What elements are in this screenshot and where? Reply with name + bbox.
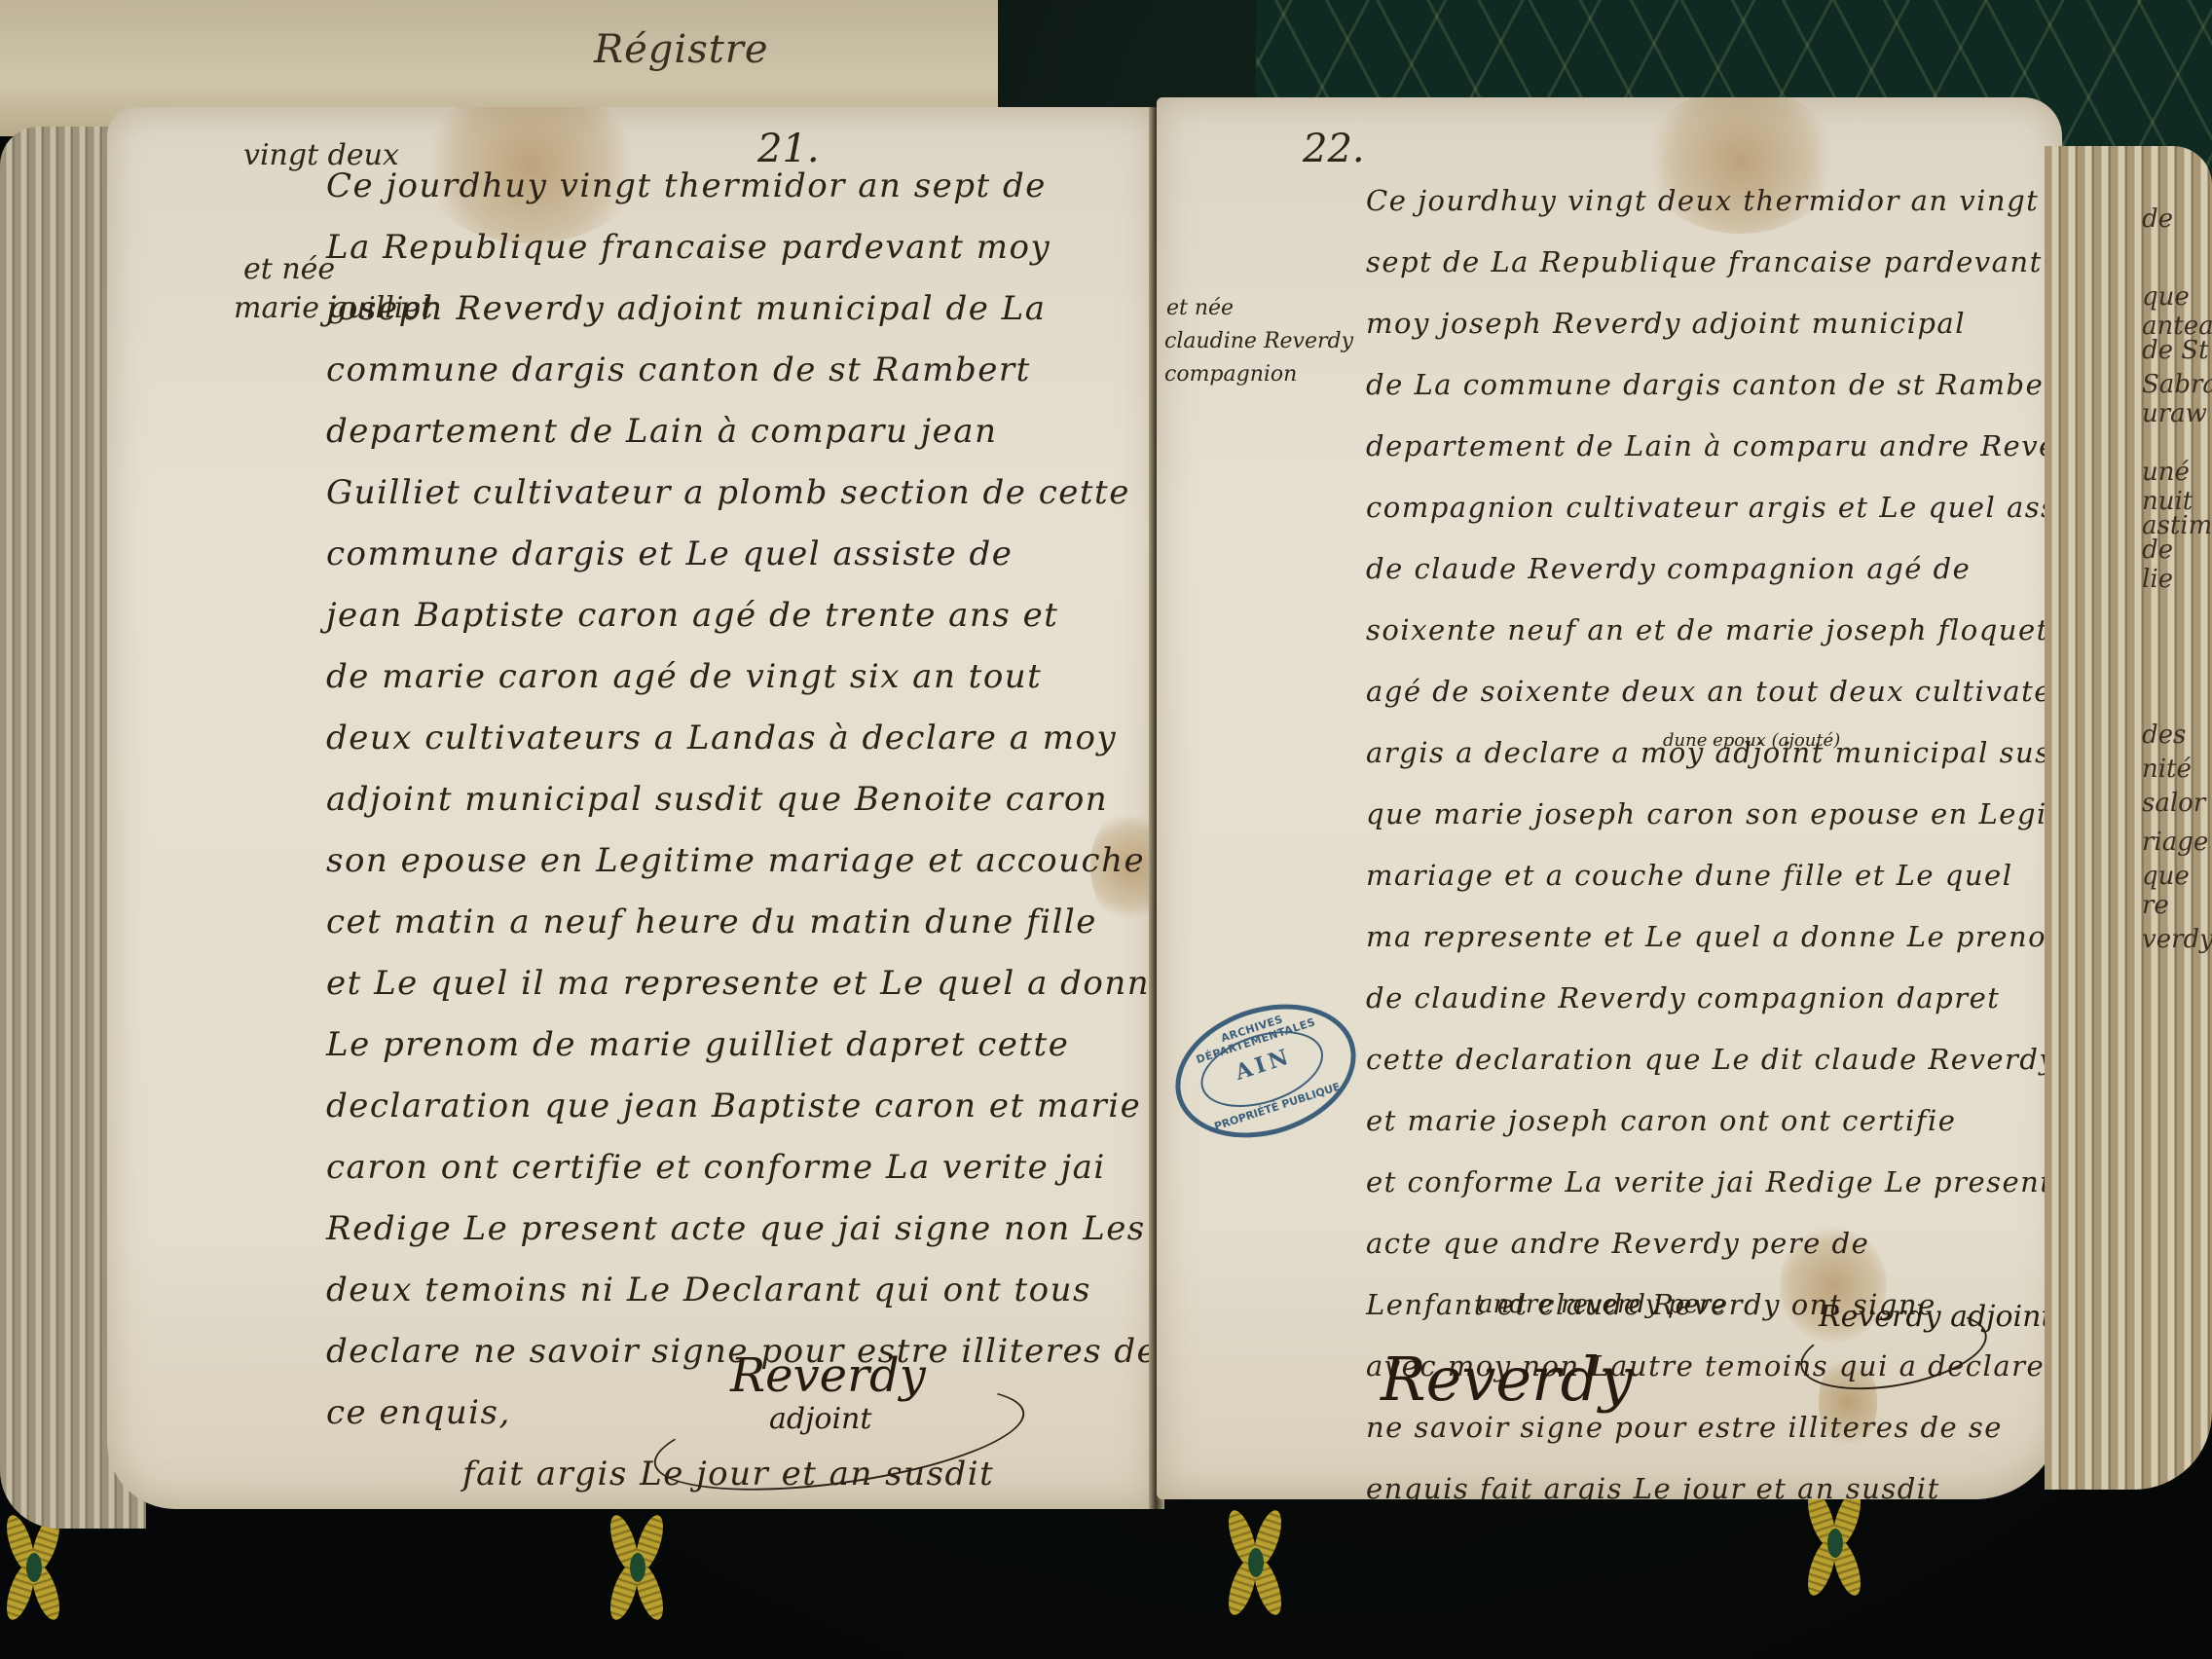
adjacent-page-fragment: des	[2142, 720, 2212, 750]
adjacent-page-fragment: Sabra	[2142, 370, 2212, 399]
flower-motif-icon	[1222, 1509, 1290, 1616]
record-line: Redige Le present acte que jai signe non…	[326, 1198, 1157, 1260]
record-line: soixente neuf an et de marie joseph floq…	[1366, 600, 2062, 661]
margin-note: compagnion	[1164, 358, 1297, 391]
signature-andre-reverdy: andre reverdy pere	[1478, 1290, 1726, 1319]
signature-reverdy-large: Reverdy	[1381, 1344, 1633, 1415]
adjacent-page-fragment: verdy	[2142, 925, 2212, 954]
right-page-edges: de que antea de St Sabra uraw uné nuit a…	[2045, 146, 2212, 1490]
record-line: Ce jourdhuy vingt thermidor an sept de	[326, 156, 1157, 217]
adjacent-page-fragment: de	[2142, 204, 2212, 234]
record-line: declaration que jean Baptiste caron et m…	[326, 1076, 1157, 1137]
record-line: Ce jourdhuy vingt deux thermidor an ving…	[1366, 170, 2062, 232]
adjacent-page-fragment: uraw	[2142, 399, 2212, 428]
flower-motif-icon	[0, 1514, 68, 1621]
record-line: joseph Reverdy adjoint municipal de La	[326, 278, 1157, 340]
margin-note: claudine Reverdy	[1164, 325, 1353, 358]
record-line: mariage et a couche dune fille et Le que…	[1366, 845, 2062, 906]
left-page: 21. vingt deux et née marie guilliet Ce …	[107, 107, 1157, 1509]
record-line: que marie joseph caron son epouse en Leg…	[1366, 784, 2062, 845]
adjacent-page-fragment: re	[2142, 891, 2212, 920]
registry-book: 21. vingt deux et née marie guilliet Ce …	[0, 97, 2212, 1519]
record-line: de claude Reverdy compagnion agé de	[1366, 538, 2062, 600]
record-line: departement de Lain à comparu jean	[326, 401, 1157, 462]
record-line: enquis fait argis Le jour et an susdit	[1366, 1458, 2062, 1499]
record-line: de claudine Reverdy compagnion dapret	[1366, 968, 2062, 1029]
record-line: Guilliet cultivateur a plomb section de …	[326, 462, 1157, 524]
adjacent-page-fragment: que	[2142, 862, 2212, 891]
interlinear-insertion: dune epoux (ajouté)	[1663, 730, 1840, 751]
record-line: Le prenom de marie guilliet dapret cette	[326, 1014, 1157, 1076]
loose-sheet-note: Régistre	[594, 27, 769, 72]
margin-note: et née	[243, 248, 335, 291]
record-line: deux cultivateurs a Landas à declare a m…	[326, 708, 1157, 769]
adjacent-page-fragment: lie	[2142, 565, 2212, 594]
record-line: adjoint municipal susdit que Benoite car…	[326, 769, 1157, 830]
record-line: et Le quel il ma represente et Le quel a…	[326, 953, 1157, 1014]
record-line: departement de Lain à comparu andre Reve…	[1366, 416, 2062, 477]
adjacent-page-fragment: de	[2142, 535, 2212, 565]
right-page: 22. et née claudine Reverdy compagnion C…	[1157, 97, 2062, 1499]
adjacent-page-fragment: salor	[2142, 789, 2212, 818]
record-line: de marie caron agé de vingt six an tout	[326, 646, 1157, 708]
adjacent-page-fragment: nité	[2142, 755, 2212, 784]
record-line: cet matin a neuf heure du matin dune fil…	[326, 892, 1157, 953]
adjacent-page-fragment: que	[2142, 282, 2212, 312]
record-line: compagnion cultivateur argis et Le quel …	[1366, 477, 2062, 538]
record-line: sept de La Republique francaise pardevan…	[1366, 232, 2062, 293]
record-line: et conforme La verite jai Redige Le pres…	[1366, 1152, 2062, 1213]
record-line: moy joseph Reverdy adjoint municipal	[1366, 293, 2062, 354]
record-line: La Republique francaise pardevant moy	[326, 217, 1157, 278]
page-number: 22.	[1303, 127, 1365, 171]
record-line: commune dargis canton de st Rambert	[326, 340, 1157, 401]
margin-note: et née	[1166, 292, 1234, 325]
record-line: ma represente et Le quel a donne Le pren…	[1366, 906, 2062, 968]
record-line: son epouse en Legitime mariage et accouc…	[326, 830, 1157, 892]
record-line: acte que andre Reverdy pere de	[1366, 1213, 2062, 1274]
record-line: de La commune dargis canton de st Ramber…	[1366, 354, 2062, 416]
record-line: caron ont certifie et conforme La verite…	[326, 1137, 1157, 1198]
record-line: commune dargis et Le quel assiste de	[326, 524, 1157, 585]
record-line: jean Baptiste caron agé de trente ans et	[326, 585, 1157, 646]
adjacent-page-fragment: riage	[2142, 828, 2212, 857]
adjacent-page-fragment: uné	[2142, 458, 2212, 487]
adjacent-page-fragment: de St	[2142, 336, 2212, 365]
record-line: deux temoins ni Le Declarant qui ont tou…	[326, 1260, 1157, 1321]
flower-motif-icon	[604, 1514, 672, 1621]
record-line: et marie joseph caron ont ont certifie	[1366, 1090, 2062, 1152]
birth-record-text: Ce jourdhuy vingt thermidor an sept de L…	[326, 156, 1157, 1505]
record-line: agé de soixente deux an tout deux cultiv…	[1366, 661, 2062, 722]
record-line: cette declaration que Le dit claude Reve…	[1366, 1029, 2062, 1090]
